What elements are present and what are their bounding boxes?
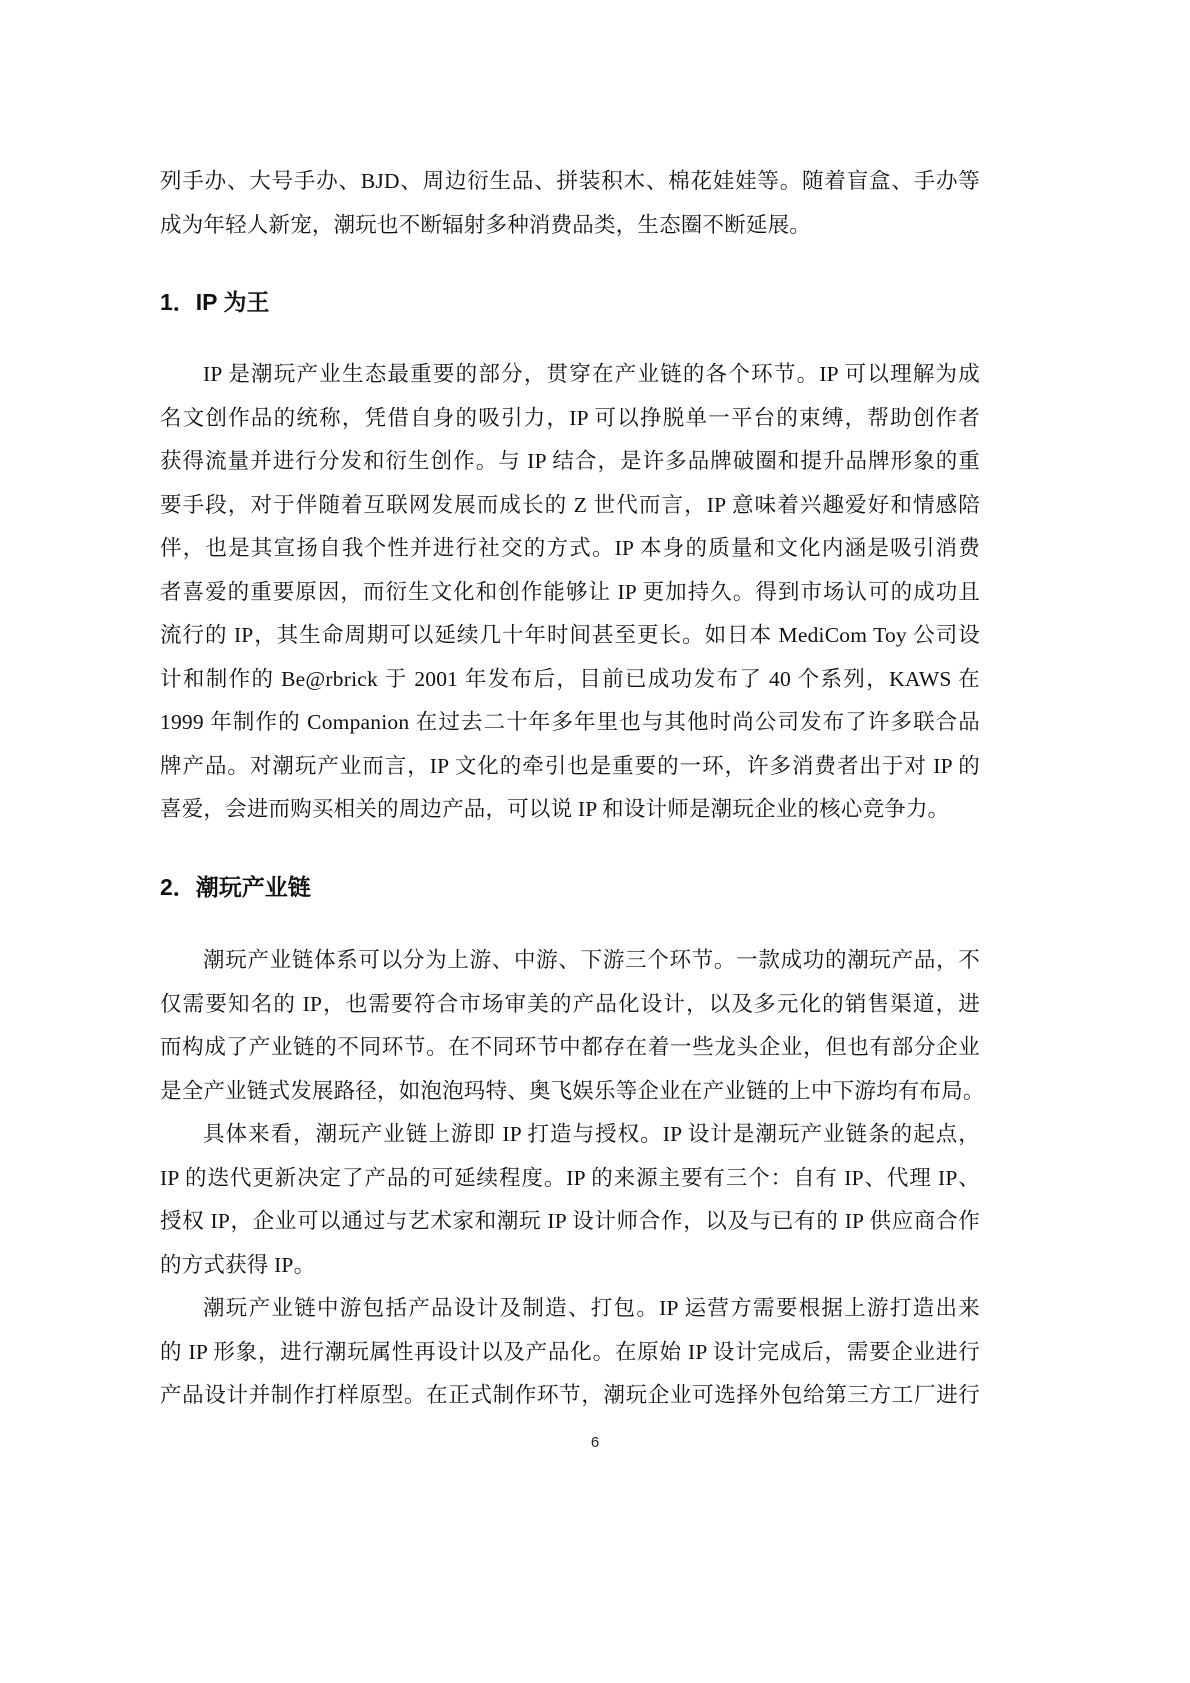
text-line: 计和制作的 Be@rbrick 于 2001 年发布后，目前已成功发布了 40 … — [160, 658, 980, 702]
text-line: 成为年轻人新宠，潮玩也不断辐射多种消费品类，生态圈不断延展。 — [160, 204, 980, 248]
section-heading-industry-chain: 2．潮玩产业链 — [160, 872, 311, 902]
text-line: 1999 年制作的 Companion 在过去二十年多年里也与其他时尚公司发布了… — [160, 701, 980, 745]
section-2-paragraph-3: 潮玩产业链中游包括产品设计及制造、打包。IP 运营方需要根据上游打造出来 的 I… — [160, 1287, 980, 1418]
text-line: 的方式获得 IP。 — [160, 1244, 980, 1288]
text-line: 牌产品。对潮玩产业而言，IP 文化的牵引也是重要的一环，许多消费者出于对 IP … — [160, 745, 980, 789]
section-1-paragraph: IP 是潮玩产业生态最重要的部分，贯穿在产业链的各个环节。IP 可以理解为成 名… — [160, 353, 980, 832]
text-line: 授权 IP，企业可以通过与艺术家和潮玩 IP 设计师合作，以及与已有的 IP 供… — [160, 1200, 980, 1244]
intro-paragraph: 列手办、大号手办、BJD、周边衍生品、拼装积木、棉花娃娃等。随着盲盒、手办等 成… — [160, 160, 980, 247]
text-line: 获得流量并进行分发和衍生创作。与 IP 结合，是许多品牌破圈和提升品牌形象的重 — [160, 440, 980, 484]
text-line: 列手办、大号手办、BJD、周边衍生品、拼装积木、棉花娃娃等。随着盲盒、手办等 — [160, 160, 980, 204]
section-2-body: 潮玩产业链体系可以分为上游、中游、下游三个环节。一款成功的潮玩产品，不 仅需要知… — [160, 939, 980, 1418]
text-line: 喜爱，会进而购买相关的周边产品，可以说 IP 和设计师是潮玩企业的核心竞争力。 — [160, 788, 980, 832]
text-line: IP 是潮玩产业生态最重要的部分，贯穿在产业链的各个环节。IP 可以理解为成 — [160, 353, 980, 397]
text-line: 的 IP 形象，进行潮玩属性再设计以及产品化。在原始 IP 设计完成后，需要企业… — [160, 1331, 980, 1375]
text-line: 者喜爱的重要原因，而衍生文化和创作能够让 IP 更加持久。得到市场认可的成功且 — [160, 571, 980, 615]
text-line: 仅需要知名的 IP，也需要符合市场审美的产品化设计，以及多元化的销售渠道，进 — [160, 983, 980, 1027]
text-line: 流行的 IP，其生命周期可以延续几十年时间甚至更长。如日本 MediCom To… — [160, 614, 980, 658]
text-line: 是全产业链式发展路径，如泡泡玛特、奥飞娱乐等企业在产业链的上中下游均有布局。 — [160, 1070, 980, 1114]
section-2-paragraph-1: 潮玩产业链体系可以分为上游、中游、下游三个环节。一款成功的潮玩产品，不 仅需要知… — [160, 939, 980, 1113]
page-number: 6 — [0, 1434, 1190, 1451]
text-line: 潮玩产业链体系可以分为上游、中游、下游三个环节。一款成功的潮玩产品，不 — [160, 939, 980, 983]
text-line: 产品设计并制作打样原型。在正式制作环节，潮玩企业可选择外包给第三方工厂进行 — [160, 1374, 980, 1418]
text-line: 具体来看，潮玩产业链上游即 IP 打造与授权。IP 设计是潮玩产业链条的起点， — [160, 1113, 980, 1157]
text-line: IP 的迭代更新决定了产品的可延续程度。IP 的来源主要有三个：自有 IP、代理… — [160, 1157, 980, 1201]
section-2-paragraph-2: 具体来看，潮玩产业链上游即 IP 打造与授权。IP 设计是潮玩产业链条的起点， … — [160, 1113, 980, 1287]
text-line: 伴，也是其宣扬自我个性并进行社交的方式。IP 本身的质量和文化内涵是吸引消费 — [160, 527, 980, 571]
section-heading-ip: 1．IP 为王 — [160, 287, 270, 317]
text-line: 而构成了产业链的不同环节。在不同环节中都存在着一些龙头企业，但也有部分企业 — [160, 1026, 980, 1070]
text-line: 潮玩产业链中游包括产品设计及制造、打包。IP 运营方需要根据上游打造出来 — [160, 1287, 980, 1331]
text-line: 要手段，对于伴随着互联网发展而成长的 Z 世代而言，IP 意味着兴趣爱好和情感陪 — [160, 484, 980, 528]
text-line: 名文创作品的统称，凭借自身的吸引力，IP 可以挣脱单一平台的束缚，帮助创作者 — [160, 397, 980, 441]
